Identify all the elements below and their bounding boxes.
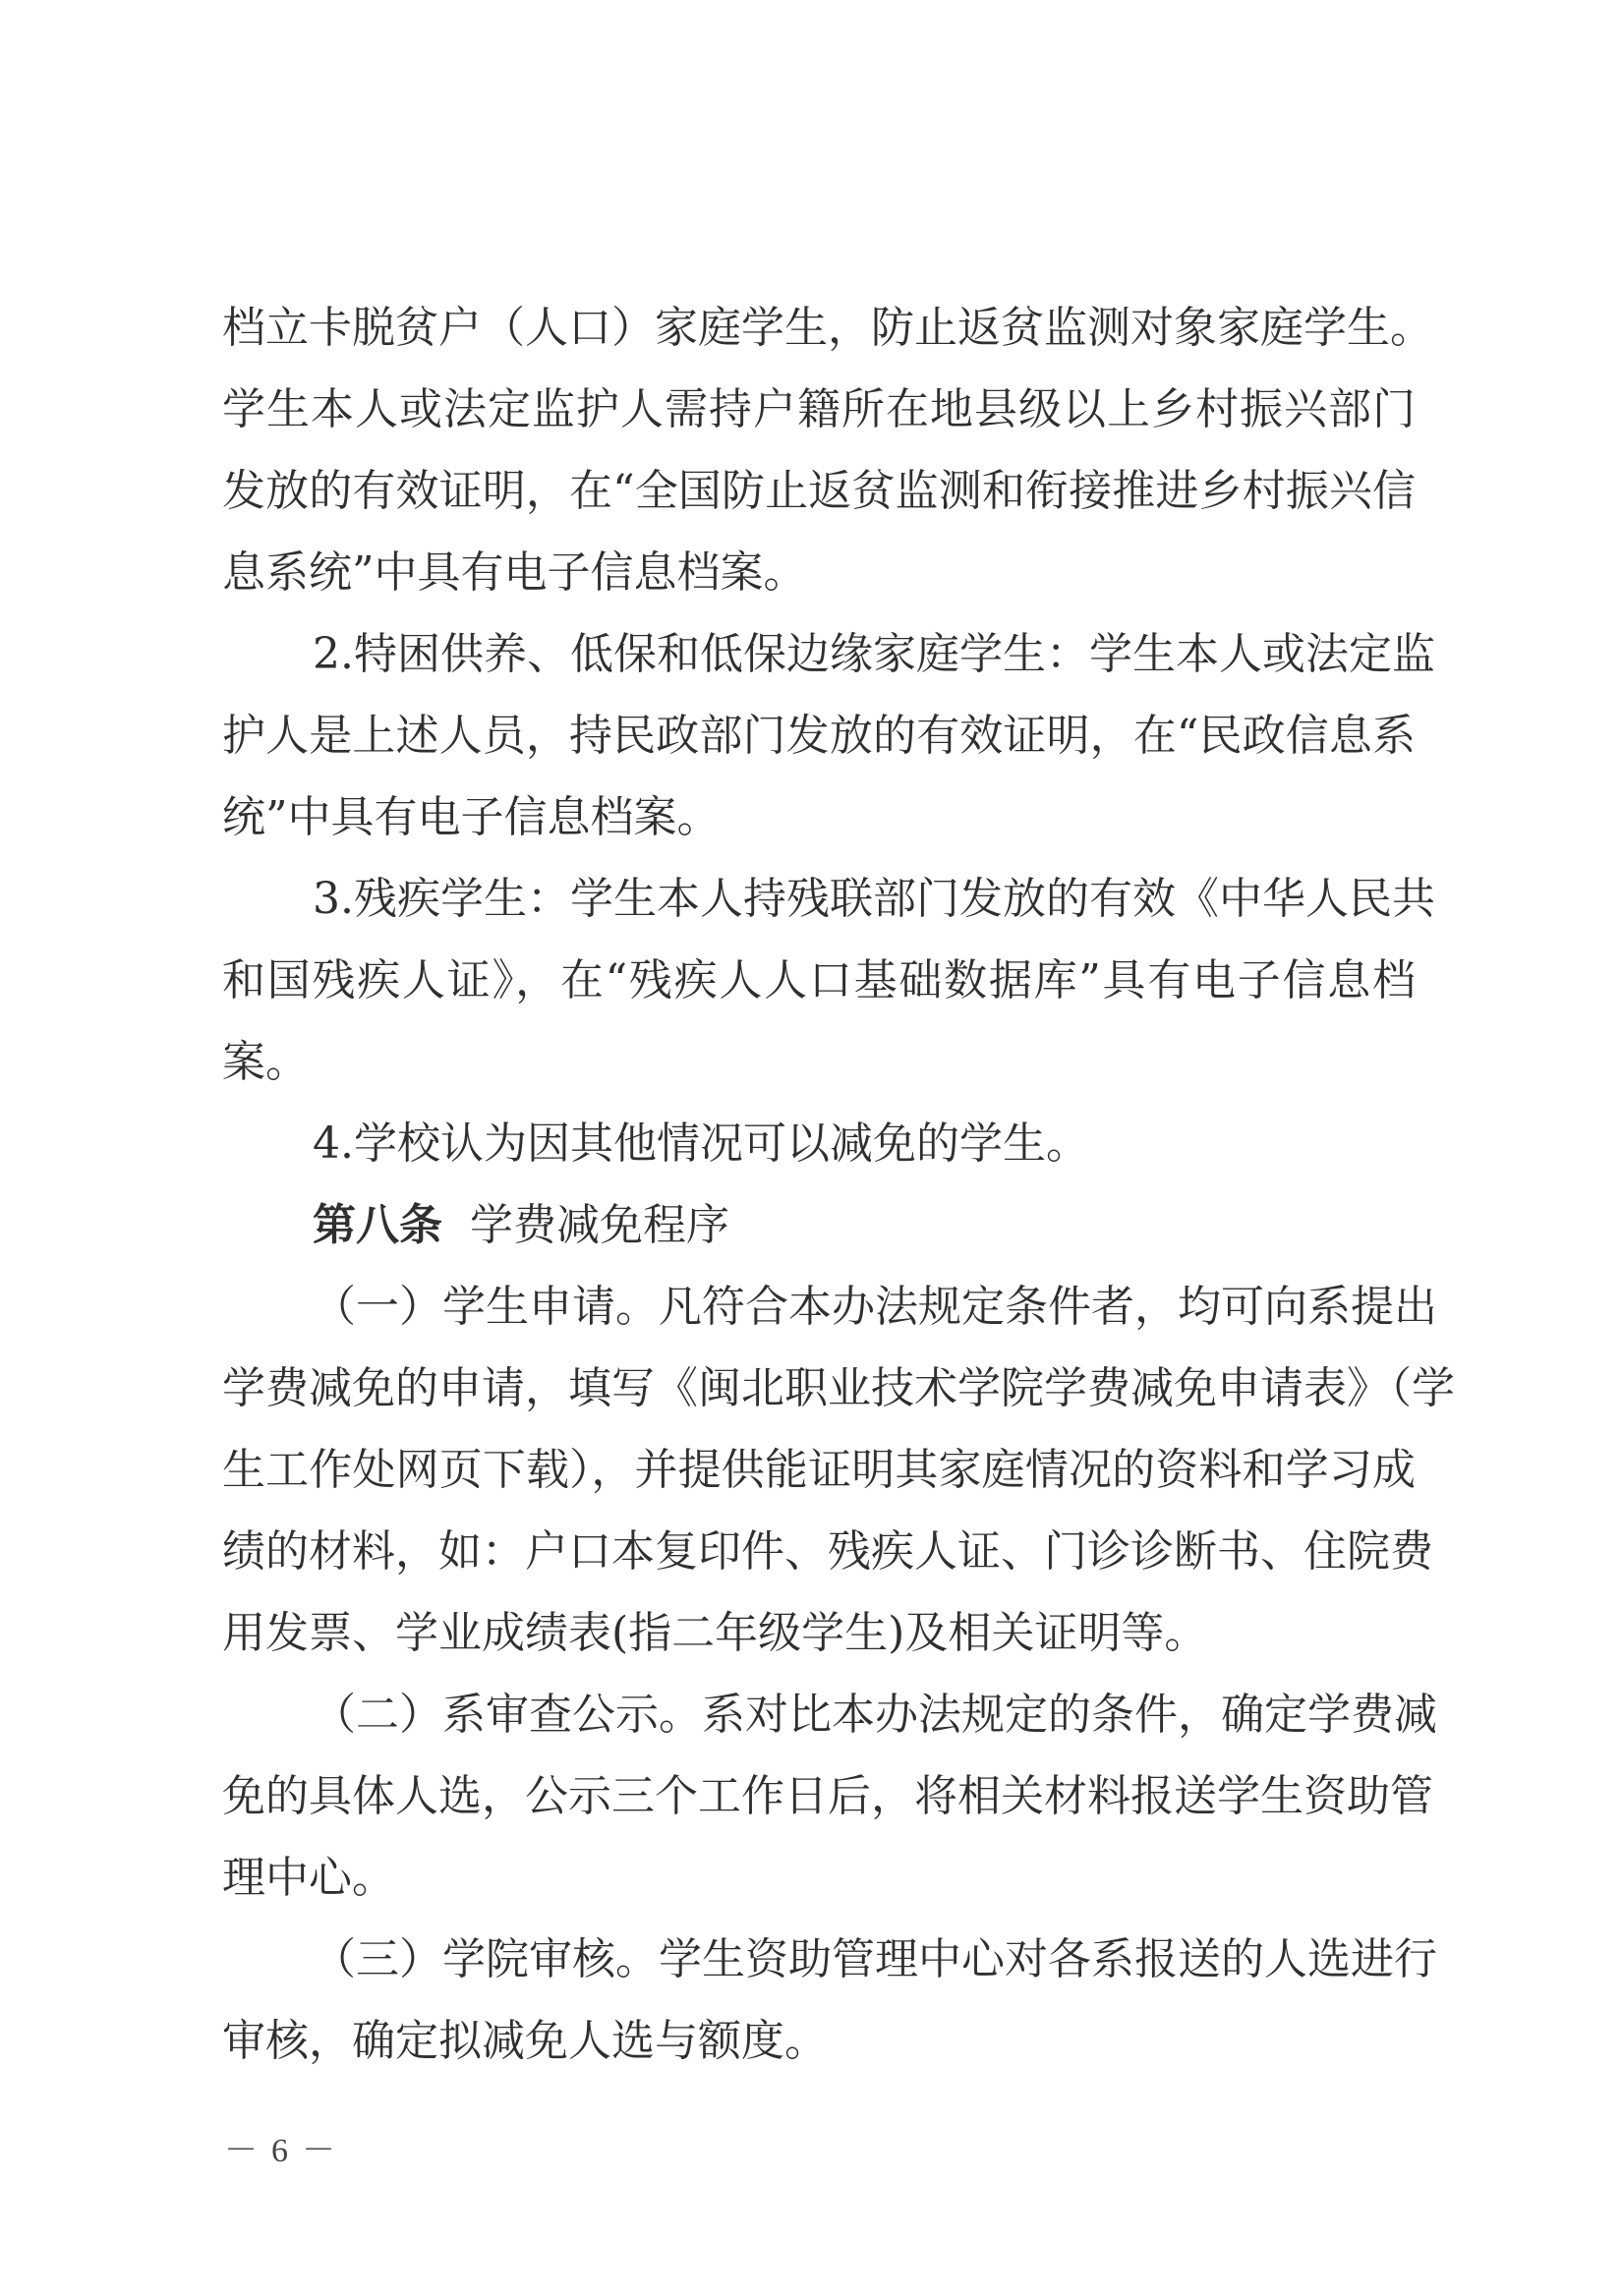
list-item-4: 4.学校认为因其他情况可以减免的学生。 [222, 1103, 1416, 1184]
text-line: 统”中具有电子信息档案。 [222, 776, 1416, 858]
text-line: 生工作处网页下载），并提供能证明其家庭情况的资料和学习成 [222, 1429, 1416, 1511]
text-line: （一）学生申请。凡符合本办法规定条件者，均可向系提出 [222, 1266, 1416, 1348]
text-line: 息系统”中具有电子信息档案。 [222, 532, 1416, 613]
text-line: 审核，确定拟减免人选与额度。 [222, 2000, 1416, 2082]
article-label: 第八条 [313, 1200, 442, 1250]
text-line: （二）系审查公示。系对比本办法规定的条件，确定学费减 [222, 1674, 1416, 1755]
list-item-3: 3.残疾学生：学生本人持残联部门发放的有效《中华人民共 和国残疾人证》，在“残疾… [222, 858, 1416, 1103]
list-item-2: 2.特困供养、低保和低保边缘家庭学生：学生本人或法定监 护人是上述人员，持民政部… [222, 613, 1416, 858]
article-heading: 第八条 学费减免程序 [222, 1184, 1416, 1266]
text-line: 免的具体人选，公示三个工作日后，将相关材料报送学生资助管 [222, 1755, 1416, 1837]
text-line: （三）学院审核。学生资助管理中心对各系报送的人选进行 [222, 1919, 1416, 2000]
text-line: 用发票、学业成绩表(指二年级学生)及相关证明等。 [222, 1592, 1416, 1674]
text-line: 档立卡脱贫户（人口）家庭学生，防止返贫监测对象家庭学生。 [222, 287, 1416, 369]
article-title: 学费减免程序 [470, 1200, 729, 1250]
text-line: 护人是上述人员，持民政部门发放的有效证明，在“民政信息系 [222, 695, 1416, 776]
text-line: 发放的有效证明，在“全国防止返贫监测和衔接推进乡村振兴信 [222, 450, 1416, 532]
text-line: 4.学校认为因其他情况可以减免的学生。 [222, 1103, 1416, 1184]
text-line: 案。 [222, 1021, 1416, 1103]
text-line: 学生本人或法定监护人需持户籍所在地县级以上乡村振兴部门 [222, 369, 1416, 450]
text-line: 3.残疾学生：学生本人持残联部门发放的有效《中华人民共 [222, 858, 1416, 940]
text-line: 学费减免的申请，填写《闽北职业技术学院学费减免申请表》（学 [222, 1348, 1416, 1429]
paragraph-continued: 档立卡脱贫户（人口）家庭学生，防止返贫监测对象家庭学生。 学生本人或法定监护人需… [222, 287, 1416, 613]
document-page: 档立卡脱贫户（人口）家庭学生，防止返贫监测对象家庭学生。 学生本人或法定监护人需… [222, 287, 1416, 2082]
text-line: 绩的材料，如：户口本复印件、残疾人证、门诊诊断书、住院费 [222, 1511, 1416, 1592]
page-number: －6－ [224, 2123, 349, 2171]
procedure-step-2: （二）系审查公示。系对比本办法规定的条件，确定学费减 免的具体人选，公示三个工作… [222, 1674, 1416, 1919]
text-line: 2.特困供养、低保和低保边缘家庭学生：学生本人或法定监 [222, 613, 1416, 695]
text-line: 和国残疾人证》，在“残疾人人口基础数据库”具有电子信息档 [222, 940, 1416, 1021]
procedure-step-1: （一）学生申请。凡符合本办法规定条件者，均可向系提出 学费减免的申请，填写《闽北… [222, 1266, 1416, 1674]
text-line: 理中心。 [222, 1837, 1416, 1919]
procedure-step-3: （三）学院审核。学生资助管理中心对各系报送的人选进行 审核，确定拟减免人选与额度… [222, 1919, 1416, 2082]
